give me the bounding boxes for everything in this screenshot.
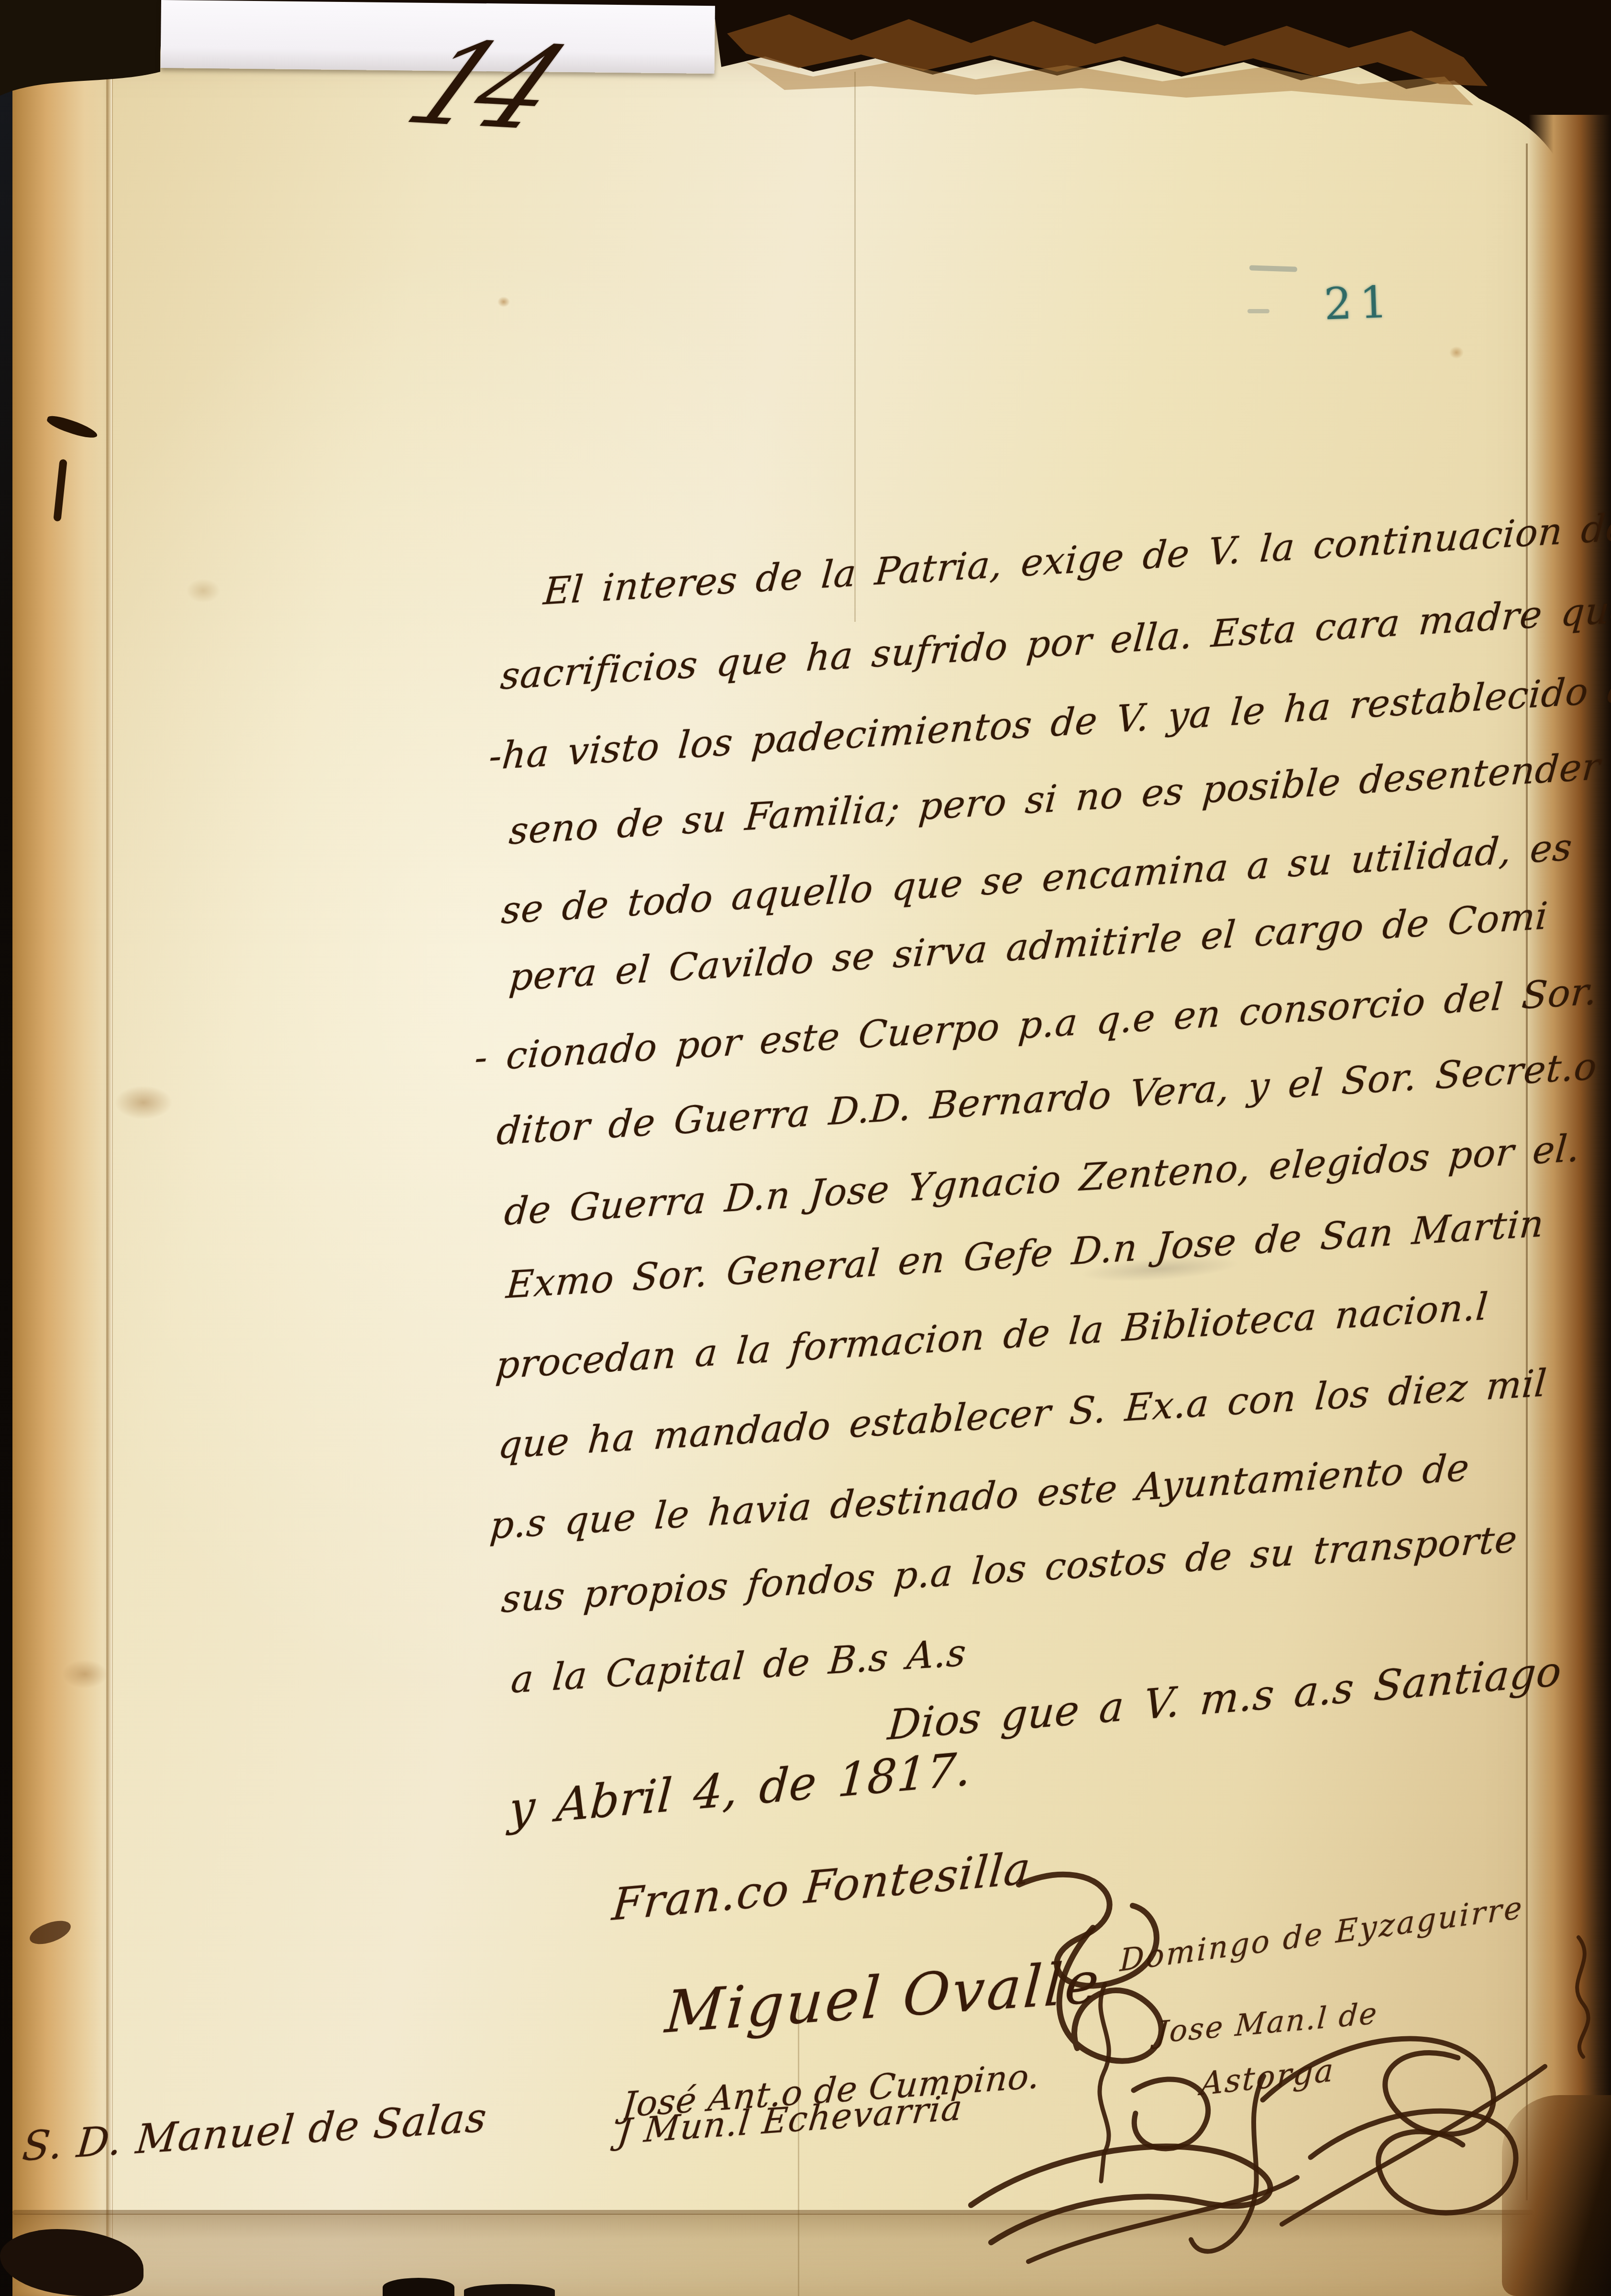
foxing-spot: [187, 579, 220, 603]
paper-crease: [798, 1999, 799, 2296]
page-stamp: 21: [1323, 276, 1396, 330]
foxing-spot: [62, 1660, 108, 1689]
paper-crease: [854, 72, 856, 622]
book-spine-gutter: [12, 72, 113, 2296]
signature-rubric-echevarria: [933, 2057, 1373, 2282]
bottom-edge-mark: [383, 2278, 454, 2296]
signature-rubric-eyzaguirre-tail: [1550, 1932, 1607, 2062]
gutter-crease: [106, 72, 109, 2296]
faint-pencil-mark: [1247, 309, 1269, 313]
foxing-spot: [115, 1086, 172, 1119]
foxing-spot: [497, 297, 510, 307]
bottom-edge-mark: [464, 2284, 555, 2296]
foxing-spot: [1449, 346, 1464, 359]
gutter-highlight: [110, 72, 112, 2296]
